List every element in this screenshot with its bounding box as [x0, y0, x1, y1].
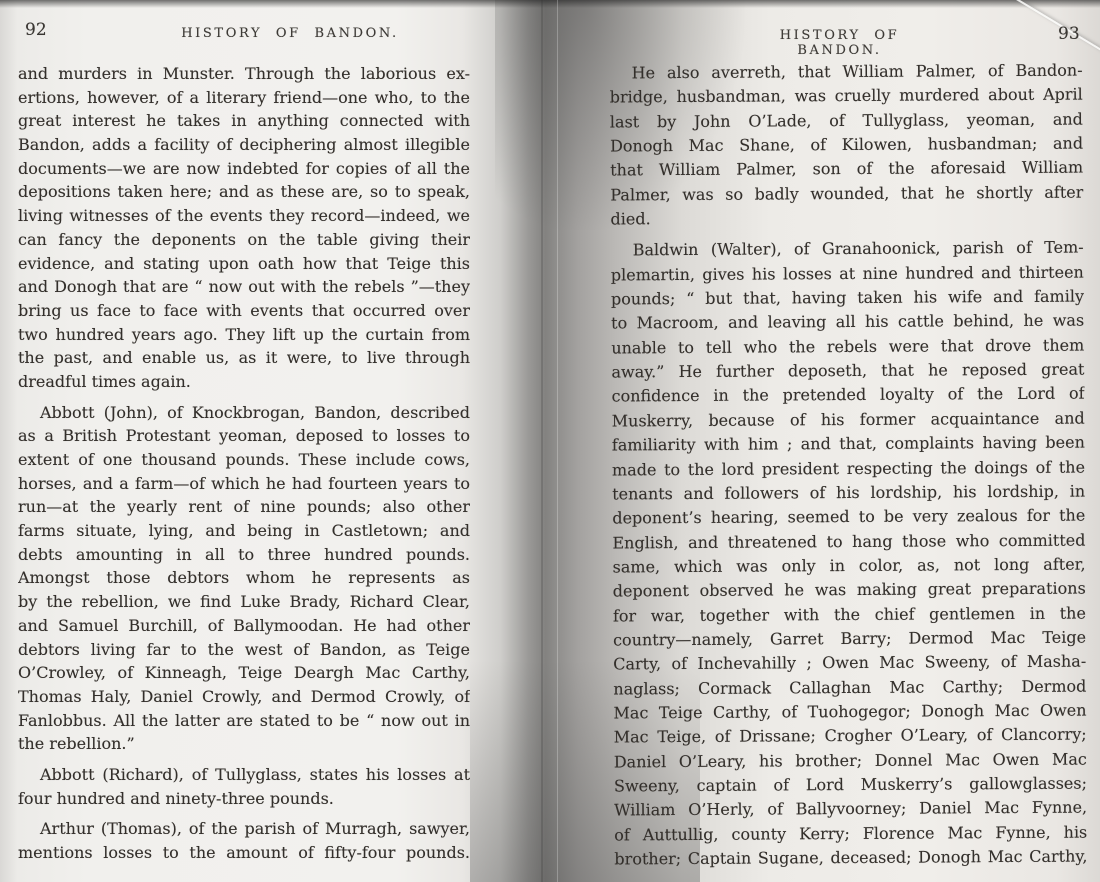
- text-line: English, and threatened to hang those wh…: [612, 528, 1085, 555]
- text-line: died.: [610, 205, 1083, 232]
- text-line: for war, together with the chief gentlem…: [613, 601, 1086, 628]
- text-line: mentions losses to the amount of fifty-f…: [18, 841, 470, 865]
- running-header-left: HISTORY OF BANDON.: [160, 26, 420, 41]
- text-line: farms situate, lying, and being in Castl…: [18, 519, 470, 543]
- text-line: horses, and a farm—of which he had fourt…: [18, 472, 470, 496]
- text-line: Fanlobbus. All the latter are stated to …: [18, 709, 470, 733]
- text-line: debts amounting in all to three hundred …: [18, 543, 470, 567]
- text-line: debtors living far to the west of Bandon…: [18, 638, 470, 662]
- text-line: of Auttullig, county Kerry; Florence Mac…: [614, 820, 1087, 847]
- text-line: and murders in Munster. Through the labo…: [18, 62, 470, 86]
- paragraph: Baldwin (Walter), of Granahoonick, paris…: [611, 236, 1088, 872]
- text-line: documents—we are now indebted for copies…: [18, 157, 470, 181]
- text-line: Abbott (Richard), of Tullyglass, states …: [18, 763, 470, 787]
- text-line: Daniel O’Leary, his brother; Donnel Mac …: [614, 747, 1087, 774]
- text-line: deponent’s hearing, seemed to be very ze…: [612, 504, 1085, 531]
- text-line: confidence in the pretended loyalty of t…: [612, 382, 1085, 409]
- text-line: O’Crowley, of Kinneagh, Teige Deargh Mac…: [18, 661, 470, 685]
- text-line: Amongst those debtors whom he represents…: [18, 566, 470, 590]
- text-line: by the rebellion, we find Luke Brady, Ri…: [18, 590, 470, 614]
- text-line: Baldwin (Walter), of Granahoonick, paris…: [611, 236, 1084, 263]
- left-page-text: and murders in Munster. Through the labo…: [18, 62, 470, 865]
- text-line: the rebellion.”: [18, 732, 470, 756]
- text-line: Abbott (John), of Knockbrogan, Bandon, d…: [18, 401, 470, 425]
- text-line: can fancy the deponents on the table giv…: [18, 228, 470, 252]
- binding-crease: [541, 0, 543, 882]
- text-line: William O’Herly, of Ballyvoorney; Daniel…: [614, 796, 1087, 823]
- text-line: living witnesses of the events they reco…: [18, 204, 470, 228]
- text-line: unable to tell who the rebels were that …: [611, 333, 1084, 360]
- running-header-right: HISTORY OF BANDON.: [732, 28, 947, 58]
- text-line: ertions, however, of a literary friend—o…: [18, 86, 470, 110]
- text-line: and Samuel Burchill, of Ballymoodan. He …: [18, 614, 470, 638]
- text-line: country—namely, Garret Barry; Dermod Mac…: [613, 625, 1086, 652]
- text-line: bring us face to face with events that o…: [18, 299, 470, 323]
- text-line: to Macroom, and leaving all his cattle b…: [611, 309, 1084, 336]
- text-line: Mac Teige, of Drissane; Crogher O’Leary,…: [614, 723, 1087, 750]
- text-line: Bandon, adds a facility of deciphering a…: [18, 133, 470, 157]
- text-line: bridge, husbandman, was cruelly murdered…: [610, 83, 1083, 110]
- text-line: naglass; Cormack Callaghan Mac Carthy; D…: [613, 674, 1086, 701]
- paragraph: Abbott (Richard), of Tullyglass, states …: [18, 763, 470, 810]
- paragraph: Arthur (Thomas), of the parish of Murrag…: [18, 817, 470, 864]
- text-line: great interest he takes in anything conn…: [18, 109, 470, 133]
- paragraph: and murders in Munster. Through the labo…: [18, 62, 470, 394]
- paragraph: Abbott (John), of Knockbrogan, Bandon, d…: [18, 401, 470, 756]
- text-line: Mac Teige Carthy, of Tuohogegor; Donogh …: [613, 698, 1086, 725]
- text-line: deponent observed he was making great pr…: [613, 577, 1086, 604]
- text-line: Palmer, was so badly wounded, that he sh…: [610, 180, 1083, 207]
- text-line: evidence, and stating upon oath how that…: [18, 252, 470, 276]
- text-line: the past, and enable us, as it were, to …: [18, 346, 470, 370]
- text-line: Sweeny, captain of Lord Muskerry’s gallo…: [614, 772, 1087, 799]
- book-scan: 92 HISTORY OF BANDON. HISTORY OF BANDON.…: [0, 0, 1100, 882]
- paragraph: He also averreth, that William Palmer, o…: [610, 59, 1084, 232]
- text-line: away.” He further deposeth, that he repo…: [611, 358, 1084, 385]
- text-line: two hundred years ago. They lift up the …: [18, 323, 470, 347]
- text-line: dreadful times again.: [18, 370, 470, 394]
- page-number-left: 92: [25, 20, 47, 40]
- text-line: brother; Captain Sugane, deceased; Donog…: [614, 845, 1087, 872]
- text-line: Carty, of Inchevahilly ; Owen Mac Sweeny…: [613, 650, 1086, 677]
- text-line: same, which was only in color, as, not l…: [613, 552, 1086, 579]
- text-line: pounds; “ but that, having taken his wif…: [611, 285, 1084, 312]
- text-line: Muskerry, because of his former acquaint…: [612, 406, 1085, 433]
- page-number-right: 93: [1058, 24, 1080, 44]
- text-line: plemartin, gives his losses at nine hund…: [611, 260, 1084, 287]
- text-line: Donogh Mac Shane, of Kilowen, husbandman…: [610, 132, 1083, 159]
- text-line: last by John O’Lade, of Tullyglass, yeom…: [610, 107, 1083, 134]
- text-line: four hundred and ninety-three pounds.: [18, 787, 470, 811]
- text-line: run—at the yearly rent of nine pounds; a…: [18, 495, 470, 519]
- text-line: made to the lord president respecting th…: [612, 455, 1085, 482]
- text-line: Thomas Haly, Daniel Crowly, and Dermod C…: [18, 685, 470, 709]
- text-line: depositions taken here; and as these are…: [18, 180, 470, 204]
- text-line: tenants and followers of his lordship, h…: [612, 479, 1085, 506]
- text-line: familiarity with him ; and that, complai…: [612, 431, 1085, 458]
- text-line: extent of one thousand pounds. These inc…: [18, 448, 470, 472]
- text-line: Arthur (Thomas), of the parish of Murrag…: [18, 817, 470, 841]
- text-line: He also averreth, that William Palmer, o…: [610, 59, 1083, 86]
- text-line: as a British Protestant yeoman, deposed …: [18, 424, 470, 448]
- text-line: and Donogh that are “ now out with the r…: [18, 275, 470, 299]
- binding-crease-highlight: [557, 0, 558, 882]
- text-line: that William Palmer, son of the aforesai…: [610, 156, 1083, 183]
- right-page-text: He also averreth, that William Palmer, o…: [610, 59, 1088, 872]
